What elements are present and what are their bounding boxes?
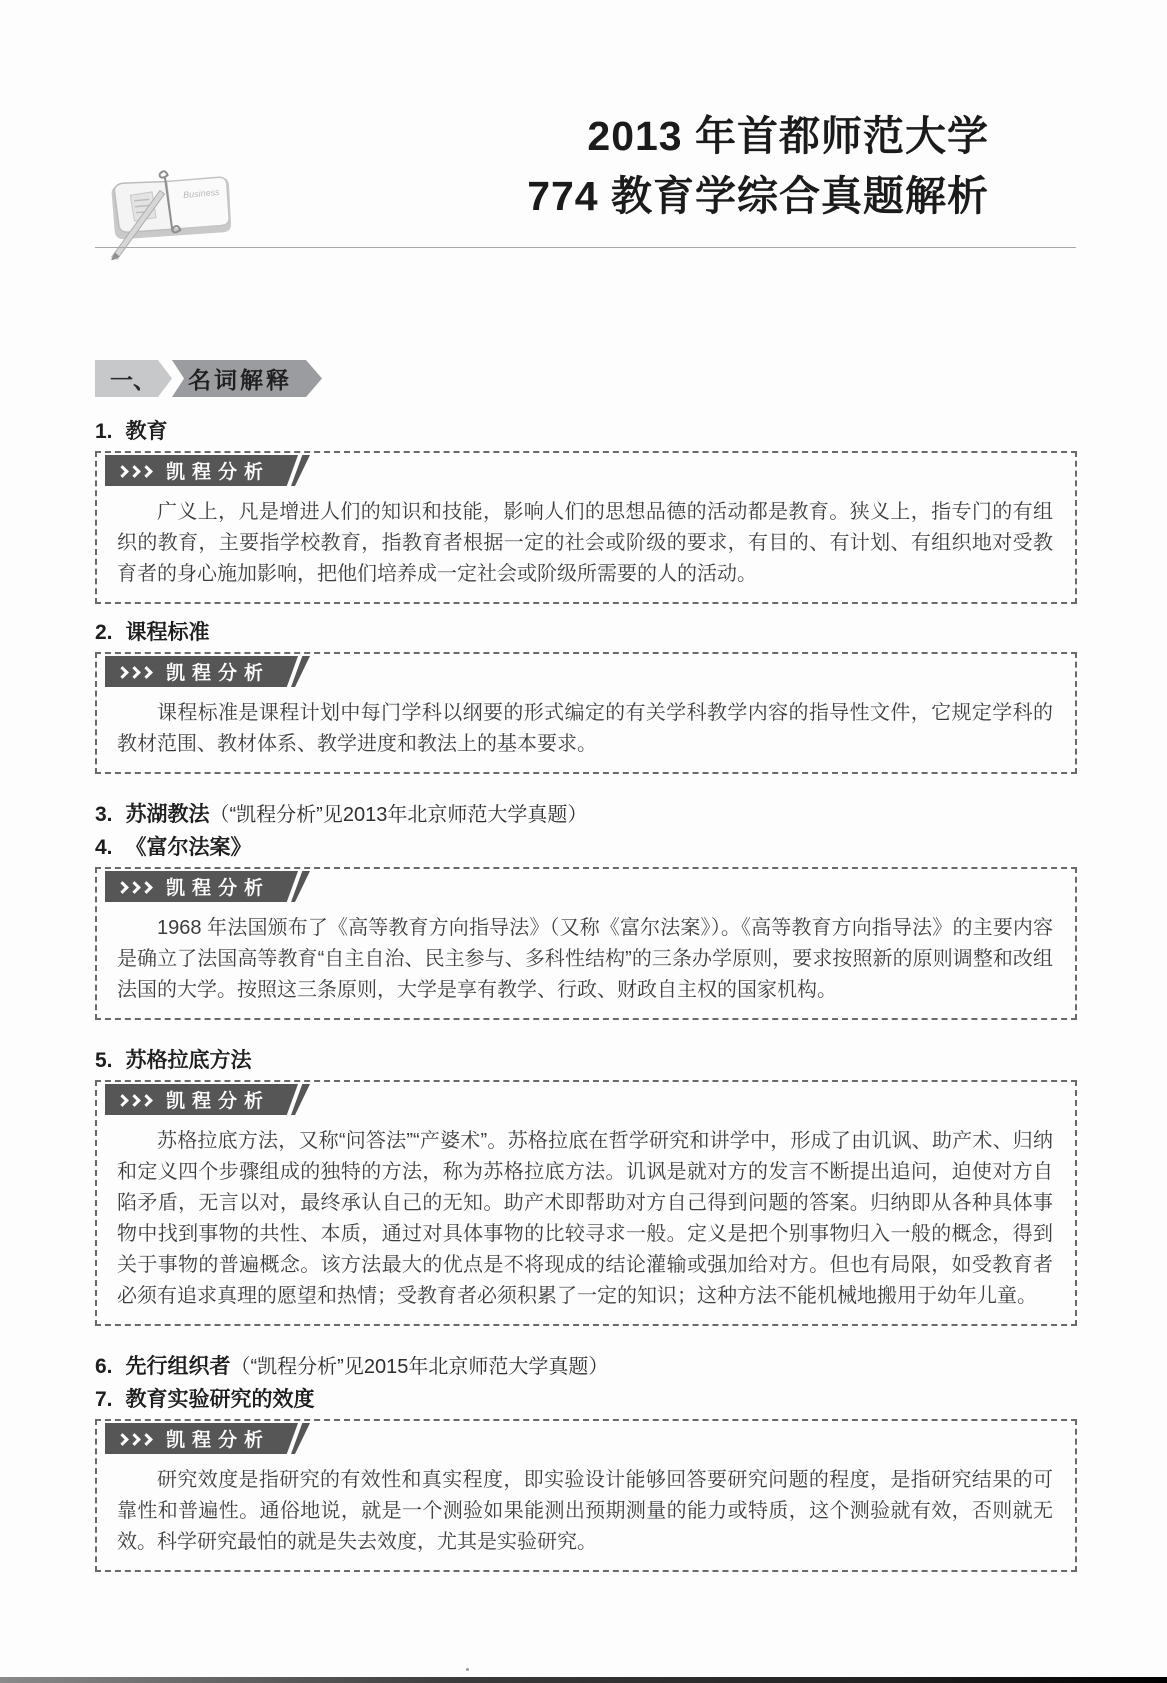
analysis-text: 1968 年法国颁布了《高等教育方向指导法》（又称《富尔法案》）。《高等教育方向…	[117, 913, 1053, 1006]
badge-label: 凯程分析	[166, 873, 270, 900]
item-title: 苏湖教法	[126, 803, 210, 826]
scan-edge-bar	[0, 1677, 1167, 1683]
kaicheng-analysis-badge: 凯程分析	[105, 1084, 310, 1115]
item-heading: 5.苏格拉底方法	[95, 1047, 1077, 1075]
item-number: 5.	[95, 1049, 113, 1072]
main-content: 一、 名词解释 1.教育 凯程分析 广义上，凡是增进人们的知识和技能，影响人们的…	[95, 360, 1077, 1587]
item-heading: 4.《富尔法案》	[95, 834, 1077, 862]
item-number: 6.	[95, 1355, 113, 1378]
term-item-1: 1.教育 凯程分析 广义上，凡是增进人们的知识和技能，影响人们的思想品德的活动都…	[95, 418, 1077, 604]
kaicheng-analysis-badge: 凯程分析	[105, 656, 310, 687]
badge-label: 凯程分析	[166, 1425, 270, 1452]
badge-label: 凯程分析	[166, 658, 270, 685]
badge-label: 凯程分析	[166, 1086, 270, 1113]
analysis-box: 凯程分析 研究效度是指研究的有效性和真实程度，即实验设计能够回答要研究问题的程度…	[95, 1419, 1077, 1572]
triple-chevron-right-icon	[118, 883, 154, 892]
item-title: 课程标准	[126, 621, 210, 644]
page-title: 2013 年首都师范大学 774 教育学综合真题解析	[527, 106, 989, 226]
term-item-2: 2.课程标准 凯程分析 课程标准是课程计划中每门学科以纲要的形式编定的有关学科教…	[95, 619, 1077, 774]
item-title: 先行组织者	[126, 1355, 231, 1378]
page-title-line-1: 2013 年首都师范大学	[527, 106, 989, 166]
item-number: 1.	[95, 420, 113, 443]
item-title: 《富尔法案》	[126, 836, 252, 859]
item-heading: 2.课程标准	[95, 619, 1077, 647]
analysis-box: 凯程分析 广义上，凡是增进人们的知识和技能，影响人们的思想品德的活动都是教育。狭…	[95, 451, 1077, 604]
term-item-3: 3.苏湖教法（“凯程分析”见2013年北京师范大学真题）	[95, 801, 1077, 829]
item-heading: 3.苏湖教法（“凯程分析”见2013年北京师范大学真题）	[95, 801, 1077, 829]
item-heading: 1.教育	[95, 418, 1077, 446]
item-number: 3.	[95, 803, 113, 826]
analysis-text: 苏格拉底方法，又称“问答法”“产婆术”。苏格拉底在哲学研究和讲学中，形成了由讥讽…	[117, 1126, 1053, 1312]
header-divider	[95, 247, 1076, 248]
item-heading: 6.先行组织者（“凯程分析”见2015年北京师范大学真题）	[95, 1353, 1077, 1381]
term-item-7: 7.教育实验研究的效度 凯程分析 研究效度是指研究的有效性和真实程度，即实验设计…	[95, 1386, 1077, 1572]
item-title: 教育	[126, 420, 168, 443]
item-note: （“凯程分析”见2013年北京师范大学真题）	[210, 804, 588, 826]
analysis-box: 凯程分析 课程标准是课程计划中每门学科以纲要的形式编定的有关学科教学内容的指导性…	[95, 652, 1077, 774]
page-title-line-2: 774 教育学综合真题解析	[527, 166, 989, 226]
triple-chevron-right-icon	[118, 467, 154, 476]
item-note: （“凯程分析”见2015年北京师范大学真题）	[231, 1356, 609, 1378]
analysis-box: 凯程分析 1968 年法国颁布了《高等教育方向指导法》（又称《富尔法案》）。《高…	[95, 867, 1077, 1020]
section-number: 一、	[95, 360, 172, 397]
triple-chevron-right-icon	[118, 1096, 154, 1105]
kaicheng-analysis-badge: 凯程分析	[105, 1423, 310, 1454]
analysis-text: 广义上，凡是增进人们的知识和技能，影响人们的思想品德的活动都是教育。狭义上，指专…	[117, 497, 1053, 590]
term-item-6: 6.先行组织者（“凯程分析”见2015年北京师范大学真题）	[95, 1353, 1077, 1381]
item-title: 苏格拉底方法	[126, 1049, 252, 1072]
item-title: 教育实验研究的效度	[126, 1388, 315, 1411]
item-heading: 7.教育实验研究的效度	[95, 1386, 1077, 1414]
notebook-pen-icon: Business	[86, 156, 246, 260]
term-item-5: 5.苏格拉底方法 凯程分析 苏格拉底方法，又称“问答法”“产婆术”。苏格拉底在哲…	[95, 1047, 1077, 1326]
triple-chevron-right-icon	[118, 1435, 154, 1444]
analysis-text: 课程标准是课程计划中每门学科以纲要的形式编定的有关学科教学内容的指导性文件，它规…	[117, 698, 1053, 760]
badge-label: 凯程分析	[166, 457, 270, 484]
kaicheng-analysis-badge: 凯程分析	[105, 871, 310, 902]
scan-artifact-dot	[466, 1668, 469, 1671]
item-number: 7.	[95, 1388, 113, 1411]
term-item-4: 4.《富尔法案》 凯程分析 1968 年法国颁布了《高等教育方向指导法》（又称《…	[95, 834, 1077, 1020]
item-number: 2.	[95, 621, 113, 644]
triple-chevron-right-icon	[118, 668, 154, 677]
analysis-text: 研究效度是指研究的有效性和真实程度，即实验设计能够回答要研究问题的程度，是指研究…	[117, 1465, 1053, 1558]
analysis-box: 凯程分析 苏格拉底方法，又称“问答法”“产婆术”。苏格拉底在哲学研究和讲学中，形…	[95, 1080, 1077, 1326]
item-number: 4.	[95, 836, 113, 859]
section-title: 名词解释	[160, 360, 322, 397]
section-header: 一、 名词解释	[95, 360, 1077, 397]
kaicheng-analysis-badge: 凯程分析	[105, 455, 310, 486]
